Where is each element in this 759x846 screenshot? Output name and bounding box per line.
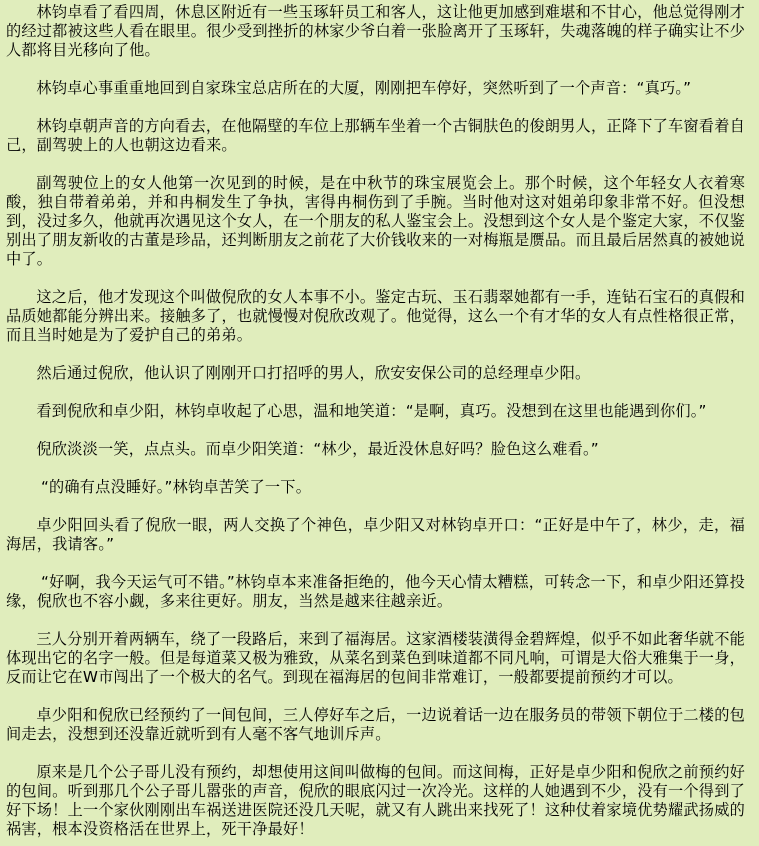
paragraph-13: 卓少阳和倪欣已经预约了一间包间，三人停好车之后，一边说着话一边在服务员的带领下朝…	[6, 706, 745, 744]
paragraph-7: 看到倪欣和卓少阳，林钧卓收起了心思，温和地笑道：“是啊，真巧。没想到在这里也能遇…	[6, 402, 745, 421]
paragraph-2: 林钧卓心事重重地回到自家珠宝总店所在的大厦，刚刚把车停好，突然听到了一个声音：“…	[6, 79, 745, 98]
article-body: 林钧卓看了看四周，休息区附近有一些玉琢轩员工和客人，这让他更加感到难堪和不甘心，…	[0, 0, 759, 839]
paragraph-8: 倪欣淡淡一笑，点点头。而卓少阳笑道：“林少，最近没休息好吗？脸色这么难看。”	[6, 440, 745, 459]
paragraph-12: 三人分别开着两辆车，绕了一段路后，来到了福海居。这家酒楼装潢得金碧辉煌，似乎不如…	[6, 630, 745, 687]
paragraph-11: “好啊，我今天运气可不错。”林钧卓本来准备拒绝的，他今天心情太糟糕，可转念一下，…	[6, 573, 745, 611]
paragraph-1: 林钧卓看了看四周，休息区附近有一些玉琢轩员工和客人，这让他更加感到难堪和不甘心，…	[6, 3, 745, 60]
paragraph-14: 原来是几个公子哥儿没有预约，却想使用这间叫做梅的包间。而这间梅，正好是卓少阳和倪…	[6, 763, 745, 839]
paragraph-9: “的确有点没睡好。”林钧卓苦笑了一下。	[6, 478, 745, 497]
paragraph-10: 卓少阳回头看了倪欣一眼，两人交换了个神色，卓少阳又对林钧卓开口：“正好是中午了，…	[6, 516, 745, 554]
paragraph-4: 副驾驶位上的女人他第一次见到的时候，是在中秋节的珠宝展览会上。那个时候，这个年轻…	[6, 174, 745, 269]
paragraph-3: 林钧卓朝声音的方向看去，在他隔壁的车位上那辆车坐着一个古铜肤色的俊朗男人，正降下…	[6, 117, 745, 155]
paragraph-5: 这之后，他才发现这个叫做倪欣的女人本事不小。鉴定古玩、玉石翡翠她都有一手，连钻石…	[6, 288, 745, 345]
paragraph-6: 然后通过倪欣，他认识了刚刚开口打招呼的男人，欣安安保公司的总经理卓少阳。	[6, 364, 745, 383]
